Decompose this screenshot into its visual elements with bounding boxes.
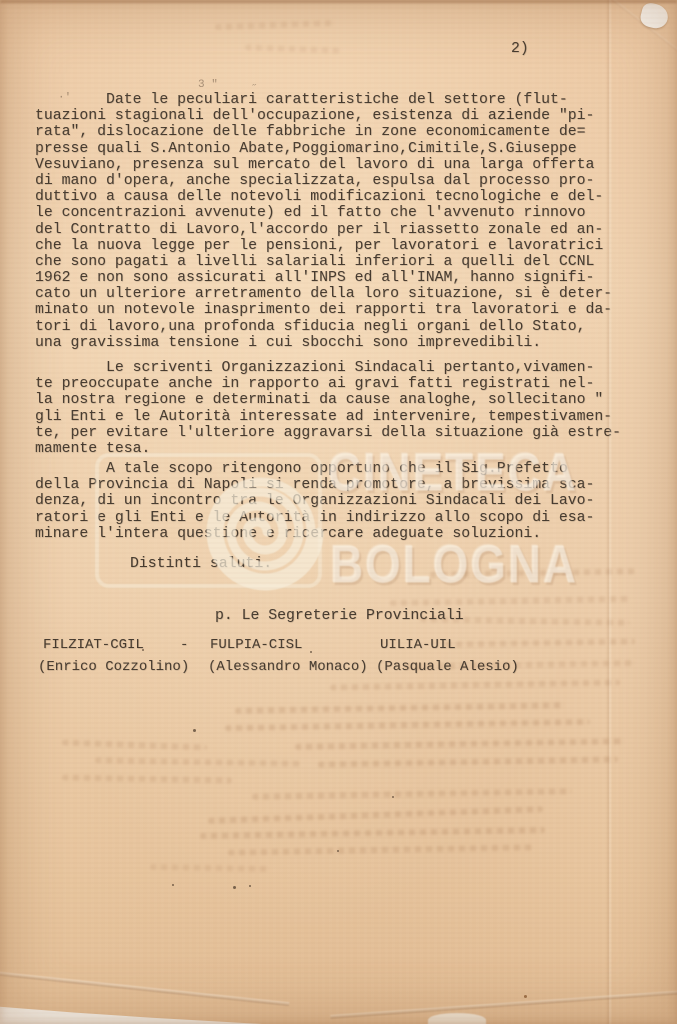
text-line: duttivo a causa delle notevoli modificaz… [35, 189, 612, 205]
signature-org-filziat-cgil: FILZIAT-CGIL [43, 637, 144, 653]
signature-org-uilia-uil: UILIA-UIL [380, 637, 456, 653]
text-line: 1962 e non sono assicurati all'INPS ed a… [35, 270, 612, 286]
watermark-text-line2: BOLOGNA [330, 533, 578, 596]
bottom-crease-left [0, 970, 289, 1006]
text-line: gli Enti e le Autorità interessate ad in… [35, 409, 621, 425]
bleedthrough-line [245, 44, 340, 53]
bleedthrough-line [62, 775, 232, 784]
text-line: le concentrazioni avvenute) ed il fatto … [35, 205, 612, 221]
text-line: te, per evitare l'ulteriore aggravarsi d… [35, 425, 621, 441]
top-edge-shadow [0, 0, 677, 3]
ink-speck [392, 796, 394, 798]
bleedthrough-line [235, 702, 565, 714]
text-line: cato un ulteriore arretramento della lor… [35, 286, 612, 302]
bleedthrough-line [390, 596, 630, 606]
text-line: Date le peculiari caratteristiche del se… [35, 92, 612, 108]
signature-intro: p. Le Segreterie Provinciali [215, 608, 464, 624]
ink-speck [233, 886, 236, 889]
bleedthrough-line [228, 844, 533, 855]
ink-speck [172, 884, 174, 886]
signature-name-monaco: (Alessandro Monaco) [208, 659, 368, 675]
vertical-fold-crease [606, 0, 612, 1024]
watermark-spiral-logo [195, 462, 335, 602]
ink-speck [193, 729, 196, 732]
signature-separator: - [180, 637, 188, 653]
bleedthrough-line [295, 738, 625, 750]
text-line: tori di lavoro,una profonda sfiducia neg… [35, 319, 612, 335]
text-line: che la nuova legge per le pensioni, per … [35, 238, 612, 254]
text-line: di mano d'opera, anche specializzata, es… [35, 173, 612, 189]
signature-name-alesio: (Pasquale Alesio) [376, 659, 519, 675]
bottom-crease-right [330, 989, 677, 1019]
top-right-paper-chip [638, 1, 670, 31]
text-line: del Contratto di Lavoro,l'accordo per il… [35, 222, 612, 238]
scanned-document-page: 2) ·' 3 ʺ ˝ Date le peculiari caratteris… [0, 0, 677, 1024]
paper-stain-dot [524, 995, 527, 998]
signature-name-cozzolino: (Enrico Cozzolino) [38, 659, 189, 675]
text-line: Le scriventi Organizzazioni Sindacali pe… [35, 360, 621, 376]
bleedthrough-line [95, 757, 300, 767]
ink-speck [310, 651, 312, 653]
text-line: te preoccupate anche in rapporto ai grav… [35, 376, 621, 392]
bleedthrough-line [252, 788, 572, 800]
watermark-text-line1: CINETECA [328, 441, 578, 504]
bleedthrough-line [208, 806, 543, 824]
ink-speck [337, 850, 339, 852]
text-line: tuazioni stagionali dell'occupazione, es… [35, 108, 612, 124]
ink-speck [142, 649, 144, 651]
ink-speck [249, 885, 251, 887]
text-line: minato un notevole inasprimento dei rapp… [35, 302, 612, 318]
text-line: la nostra regione e determinati da cause… [35, 392, 621, 408]
text-line: rata", dislocazione delle fabbriche in z… [35, 124, 612, 140]
stray-ink-mark: 3 ʺ [198, 79, 218, 91]
torn-bottom-edge [0, 1000, 262, 1024]
bleedthrough-line [318, 756, 618, 767]
text-line: una gravissima tensione i cui sbocchi so… [35, 335, 612, 351]
bleedthrough-line [215, 20, 335, 30]
bleedthrough-line [200, 827, 545, 839]
bleedthrough-line [330, 679, 620, 690]
signature-org-fulpia-cisl: FULPIA-CISL [210, 637, 302, 653]
bottom-edge-chip [428, 1013, 486, 1024]
text-line: Vesuviano, presenza sul mercato del lavo… [35, 157, 612, 173]
text-line: presse quali S.Antonio Abate,Poggiomarin… [35, 141, 612, 157]
page-number: 2) [511, 41, 529, 57]
bleedthrough-line [62, 739, 207, 750]
bleedthrough-line [225, 719, 590, 731]
text-line: che sono pagati a livelli salariali infe… [35, 254, 612, 270]
paragraph-1: Date le peculiari caratteristiche del se… [35, 92, 612, 351]
bleedthrough-line [150, 864, 270, 872]
